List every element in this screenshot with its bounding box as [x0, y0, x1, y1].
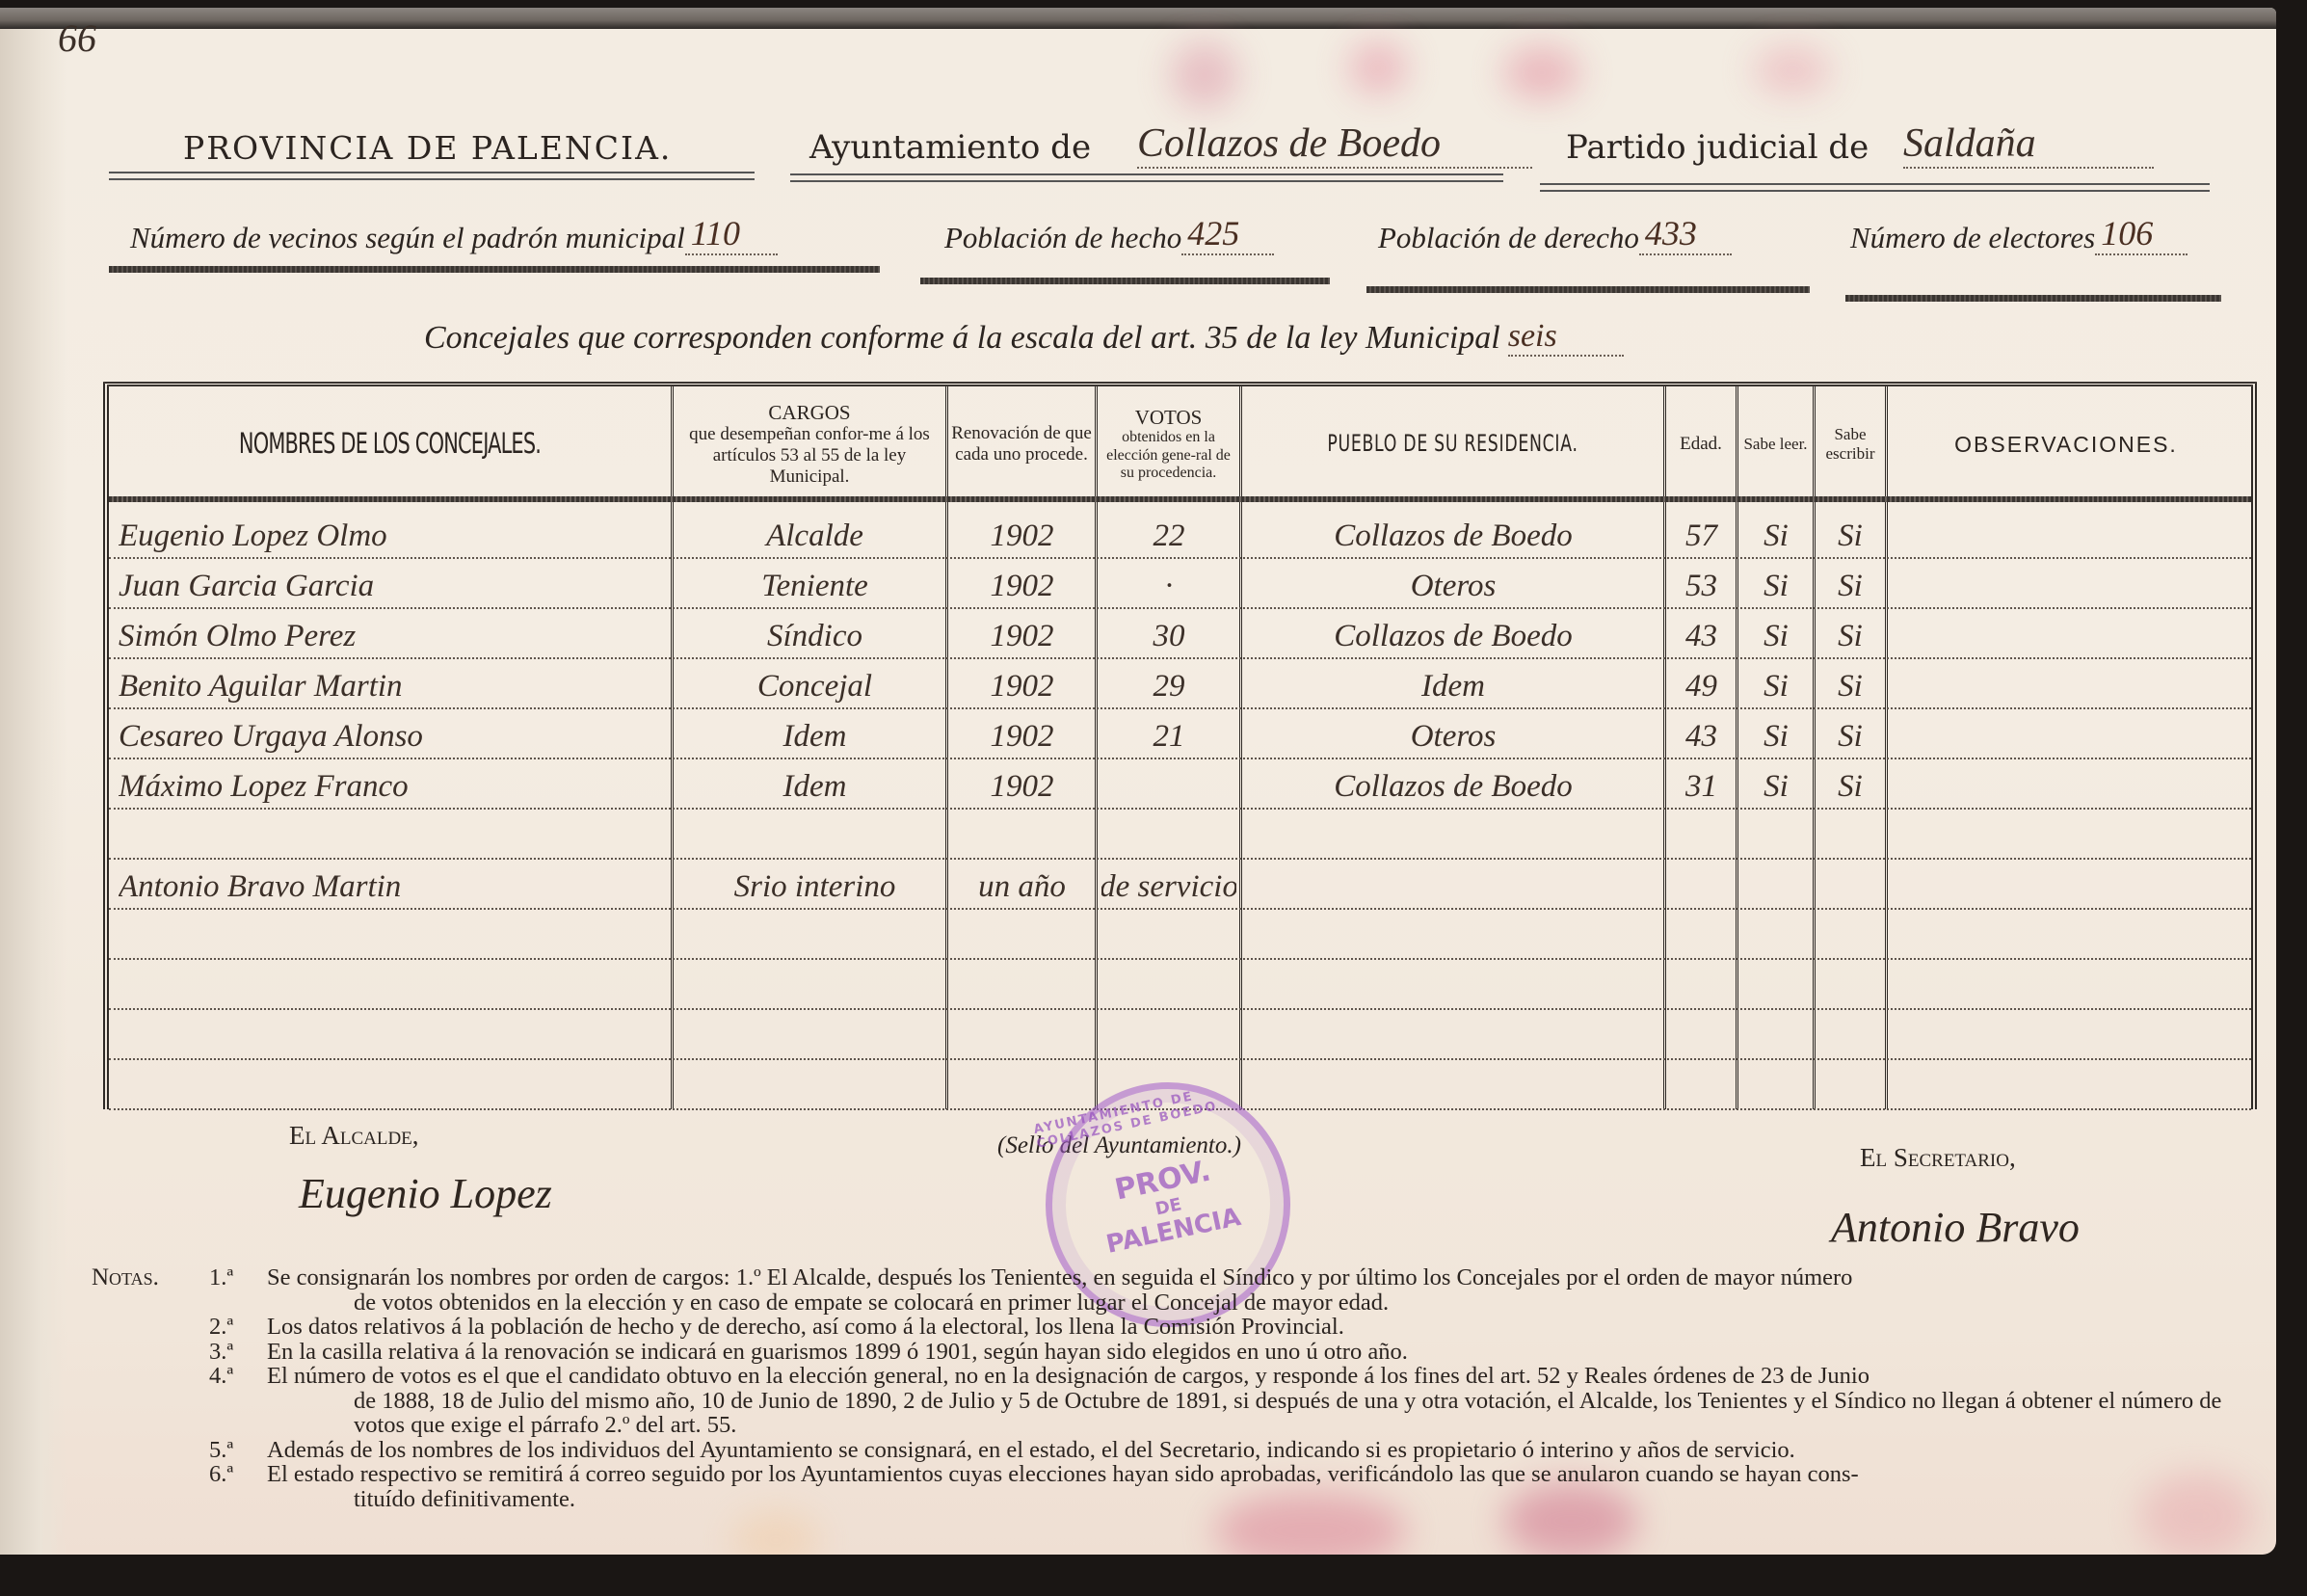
cell-votos: 22 — [1101, 506, 1236, 554]
cell-renovacion: 1902 — [952, 656, 1092, 705]
cell-sabe-leer — [1741, 857, 1811, 905]
derecho-value: 433 — [1639, 213, 1732, 255]
derecho-label: Población de derecho — [1378, 221, 1639, 255]
cell-sabe-escribir: Si — [1816, 606, 1884, 654]
cell-observaciones — [1890, 807, 2241, 855]
cell-cargo — [687, 957, 942, 1005]
note-item: 4.ªEl número de votos es el que el candi… — [92, 1364, 2231, 1438]
cell-observaciones — [1890, 656, 2241, 705]
vecinos-label: Número de vecinos según el padrón munici… — [130, 221, 685, 255]
header-observaciones: OBSERVACIONES. — [1888, 392, 2244, 496]
province-title: PROVINCIA DE PALENCIA. — [183, 109, 672, 167]
vecinos-value: 110 — [685, 213, 778, 255]
notes-list: 1.ªSe consignarán los nombres por orden … — [92, 1265, 2231, 1511]
cell-votos — [1101, 957, 1236, 1005]
cell-cargo — [687, 807, 942, 855]
cell-renovacion — [952, 807, 1092, 855]
note-item: 5.ªAdemás de los nombres de los individu… — [92, 1438, 2231, 1463]
cell-nombre — [119, 1007, 668, 1055]
notes-section: Notas. 1.ªSe consignarán los nombres por… — [92, 1265, 2231, 1511]
header-votos-sub: obtenidos en la elección gene-ral de su … — [1098, 429, 1239, 482]
book-spine-shadow — [0, 8, 67, 1555]
cell-sabe-leer — [1741, 957, 1811, 1005]
cell-edad: 31 — [1670, 757, 1733, 805]
cell-edad: 57 — [1670, 506, 1733, 554]
cell-observaciones — [1890, 907, 2241, 955]
cell-nombre: Antonio Bravo Martin — [119, 857, 668, 905]
cell-nombre: Eugenio Lopez Olmo — [119, 506, 668, 554]
cell-edad — [1670, 1057, 1733, 1105]
cell-votos — [1101, 1007, 1236, 1055]
cell-cargo: Teniente — [687, 556, 942, 604]
note-item: 2.ªLos datos relativos á la población de… — [92, 1315, 2231, 1340]
page-top-edge — [0, 8, 2276, 29]
cell-sabe-leer: Si — [1741, 656, 1811, 705]
cell-sabe-escribir: Si — [1816, 757, 1884, 805]
document-page: 66 PROVINCIA DE PALENCIA. Ayuntamiento d… — [0, 8, 2276, 1555]
cell-sabe-escribir — [1816, 1007, 1884, 1055]
cell-nombre — [119, 957, 668, 1005]
cell-votos: 29 — [1101, 656, 1236, 705]
cell-renovacion: un año — [952, 857, 1092, 905]
cell-pueblo: Oteros — [1246, 556, 1660, 604]
cell-sabe-escribir — [1816, 857, 1884, 905]
hecho-field: Población de hecho 425 — [944, 205, 1274, 255]
header-renovacion: Renovación de que cada uno procede. — [948, 392, 1095, 496]
cell-sabe-leer — [1741, 1007, 1811, 1055]
table-row: Simón Olmo PerezSíndico190230Collazos de… — [109, 604, 2251, 659]
cell-observaciones — [1890, 957, 2241, 1005]
stain — [732, 1511, 819, 1555]
table-row — [109, 955, 2251, 1010]
cell-pueblo: Collazos de Boedo — [1246, 506, 1660, 554]
cell-renovacion — [952, 907, 1092, 955]
cell-renovacion: 1902 — [952, 506, 1092, 554]
cell-sabe-leer: Si — [1741, 757, 1811, 805]
header-sabe-escribir: Sabe escribir — [1816, 392, 1885, 496]
header-cargos: CARGOS que desempeñan confor-me á los ar… — [674, 392, 945, 496]
cell-votos: 30 — [1101, 606, 1236, 654]
folio-number: 66 — [58, 15, 96, 61]
secretario-signature: Antonio Bravo — [1831, 1203, 2080, 1252]
cell-sabe-escribir — [1816, 907, 1884, 955]
note-continuation: tituído definitivamente. — [267, 1487, 2231, 1512]
cell-pueblo: Collazos de Boedo — [1246, 606, 1660, 654]
stain — [1503, 46, 1580, 99]
cell-pueblo: Collazos de Boedo — [1246, 757, 1660, 805]
cell-nombre — [119, 907, 668, 955]
cell-sabe-leer — [1741, 907, 1811, 955]
concejales-heading: Concejales que corresponden conforme á l… — [424, 318, 1624, 357]
cell-sabe-escribir — [1816, 957, 1884, 1005]
header-votos-title: VOTOS — [1135, 406, 1203, 429]
note-number: 4.ª — [209, 1364, 233, 1389]
cell-votos — [1101, 757, 1236, 805]
cell-edad — [1670, 1007, 1733, 1055]
cell-sabe-escribir — [1816, 1057, 1884, 1105]
partido-label: Partido judicial de — [1566, 109, 1869, 167]
note-text: Además de los nombres de los individuos … — [267, 1438, 2231, 1463]
cell-nombre: Cesareo Urgaya Alonso — [119, 706, 668, 755]
table-row: Máximo Lopez FrancoIdem1902Collazos de B… — [109, 755, 2251, 810]
note-text: El número de votos es el que el candidat… — [267, 1364, 2231, 1389]
partido-value: Saldaña — [1903, 109, 2154, 169]
hecho-value: 425 — [1181, 213, 1274, 255]
table-row — [109, 805, 2251, 860]
header-cargos-title: CARGOS — [768, 401, 850, 424]
cell-observaciones — [1890, 1007, 2241, 1055]
note-continuation: de 1888, 18 de Julio del mismo año, 10 d… — [267, 1389, 2231, 1438]
note-text: En la casilla relativa á la renovación s… — [267, 1340, 2231, 1365]
cell-edad — [1670, 907, 1733, 955]
cell-pueblo: Idem — [1246, 656, 1660, 705]
note-number: 6.ª — [209, 1462, 233, 1487]
cell-nombre: Máximo Lopez Franco — [119, 757, 668, 805]
cell-cargo — [687, 1057, 942, 1105]
concejales-table: NOMBRES DE LOS CONCEJALES. CARGOS que de… — [103, 382, 2257, 1109]
cell-cargo: Idem — [687, 706, 942, 755]
table-row — [109, 905, 2251, 960]
cell-sabe-escribir — [1816, 807, 1884, 855]
note-number: 3.ª — [209, 1340, 233, 1365]
stain — [1171, 41, 1238, 109]
divider — [1540, 183, 2210, 192]
note-item: 1.ªSe consignarán los nombres por orden … — [92, 1265, 2231, 1315]
table-row: Cesareo Urgaya AlonsoIdem190221Oteros43S… — [109, 705, 2251, 759]
electores-label: Número de electores — [1850, 221, 2095, 255]
cell-nombre — [119, 807, 668, 855]
ayuntamiento-label: Ayuntamiento de — [809, 109, 1091, 167]
cell-pueblo — [1246, 1057, 1660, 1105]
cell-votos — [1101, 807, 1236, 855]
cell-observaciones — [1890, 556, 2241, 604]
cell-pueblo — [1246, 957, 1660, 1005]
ayuntamiento-value: Collazos de Boedo — [1137, 109, 1532, 169]
cell-edad — [1670, 857, 1733, 905]
divider — [1366, 286, 1810, 293]
cell-observaciones — [1890, 706, 2241, 755]
cell-observaciones — [1890, 606, 2241, 654]
cell-nombre — [119, 1057, 668, 1105]
cell-pueblo — [1246, 907, 1660, 955]
cell-sabe-leer: Si — [1741, 606, 1811, 654]
note-text: Se consignarán los nombres por orden de … — [267, 1265, 2231, 1290]
cell-votos: · — [1101, 556, 1236, 604]
header-cargos-sub: que desempeñan confor-me á los artículos… — [674, 424, 945, 488]
note-number: 1.ª — [209, 1265, 233, 1290]
stain — [1349, 41, 1407, 94]
divider — [920, 278, 1330, 284]
cell-renovacion: 1902 — [952, 606, 1092, 654]
cell-votos — [1101, 907, 1236, 955]
cell-sabe-escribir: Si — [1816, 656, 1884, 705]
stain — [1754, 46, 1831, 94]
header-edad: Edad. — [1666, 392, 1736, 496]
table-row: Juan Garcia GarciaTeniente1902·Oteros53S… — [109, 554, 2251, 609]
cell-nombre: Juan Garcia Garcia — [119, 556, 668, 604]
cell-edad — [1670, 957, 1733, 1005]
secretario-label: El Secretario, — [1860, 1143, 2016, 1173]
cell-sabe-leer — [1741, 807, 1811, 855]
cell-edad: 49 — [1670, 656, 1733, 705]
cell-sabe-escribir: Si — [1816, 506, 1884, 554]
header-sabe-leer: Sabe leer. — [1738, 392, 1813, 496]
cell-observaciones — [1890, 1057, 2241, 1105]
cell-renovacion — [952, 1057, 1092, 1105]
cell-cargo — [687, 1007, 942, 1055]
cell-pueblo: Oteros — [1246, 706, 1660, 755]
cell-sabe-leer: Si — [1741, 706, 1811, 755]
note-number: 5.ª — [209, 1438, 233, 1463]
cell-renovacion — [952, 957, 1092, 1005]
cell-cargo: Concejal — [687, 656, 942, 705]
derecho-field: Población de derecho 433 — [1378, 205, 1732, 255]
cell-renovacion — [952, 1007, 1092, 1055]
note-number: 2.ª — [209, 1315, 233, 1340]
cell-renovacion: 1902 — [952, 556, 1092, 604]
table-row: Benito Aguilar MartinConcejal190229Idem4… — [109, 654, 2251, 709]
electores-value: 106 — [2095, 213, 2188, 255]
header-rule — [109, 496, 2251, 502]
cell-nombre: Benito Aguilar Martin — [119, 656, 668, 705]
cell-observaciones — [1890, 506, 2241, 554]
cell-pueblo — [1246, 807, 1660, 855]
electores-field: Número de electores 106 — [1850, 205, 2188, 255]
note-text: Los datos relativos á la población de he… — [267, 1315, 2231, 1340]
cell-cargo: Srio interino — [687, 857, 942, 905]
cell-observaciones — [1890, 757, 2241, 805]
cell-sabe-escribir: Si — [1816, 706, 1884, 755]
cell-sabe-leer: Si — [1741, 556, 1811, 604]
cell-edad: 43 — [1670, 606, 1733, 654]
note-item: 6.ªEl estado respectivo se remitirá á co… — [92, 1462, 2231, 1511]
cell-sabe-leer — [1741, 1057, 1811, 1105]
cell-votos: 21 — [1101, 706, 1236, 755]
table-row: Eugenio Lopez OlmoAlcalde190222Collazos … — [109, 504, 2251, 559]
divider — [1845, 295, 2221, 302]
note-continuation: de votos obtenidos en la elección y en c… — [267, 1290, 2231, 1316]
cell-votos: de servicio — [1101, 857, 1236, 905]
divider — [790, 173, 1503, 182]
cell-edad — [1670, 807, 1733, 855]
cell-cargo: Síndico — [687, 606, 942, 654]
table-row — [109, 1005, 2251, 1060]
alcalde-signature: Eugenio Lopez — [299, 1169, 552, 1218]
header-nombres: NOMBRES DE LOS CONCEJALES. — [165, 392, 614, 496]
divider — [109, 266, 880, 273]
divider — [109, 172, 755, 180]
table-row: Antonio Bravo MartinSrio interinoun añod… — [109, 855, 2251, 910]
note-item: 3.ªEn la casilla relativa á la renovació… — [92, 1340, 2231, 1365]
cell-cargo — [687, 907, 942, 955]
cell-renovacion: 1902 — [952, 757, 1092, 805]
cell-sabe-leer: Si — [1741, 506, 1811, 554]
vecinos-field: Número de vecinos según el padrón munici… — [130, 205, 778, 255]
alcalde-label: El Alcalde, — [289, 1121, 419, 1151]
cell-nombre: Simón Olmo Perez — [119, 606, 668, 654]
cell-renovacion: 1902 — [952, 706, 1092, 755]
note-text: El estado respectivo se remitirá á corre… — [267, 1462, 2231, 1487]
header-pueblo: PUEBLO DE SU RESIDENCIA. — [1301, 392, 1604, 496]
cell-sabe-escribir: Si — [1816, 556, 1884, 604]
concejales-label: Concejales que corresponden conforme á l… — [424, 320, 1500, 357]
cell-edad: 53 — [1670, 556, 1733, 604]
cell-pueblo — [1246, 857, 1660, 905]
cell-cargo: Idem — [687, 757, 942, 805]
cell-edad: 43 — [1670, 706, 1733, 755]
cell-pueblo — [1246, 1007, 1660, 1055]
header-votos: VOTOS obtenidos en la elección gene-ral … — [1098, 392, 1239, 496]
hecho-label: Población de hecho — [944, 221, 1181, 255]
cell-cargo: Alcalde — [687, 506, 942, 554]
cell-observaciones — [1890, 857, 2241, 905]
concejales-value: seis — [1508, 318, 1624, 357]
